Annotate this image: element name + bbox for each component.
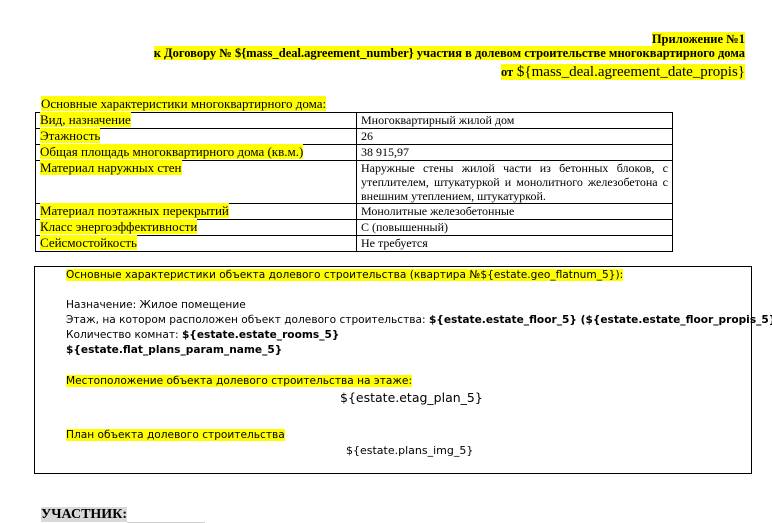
signature-line [127, 506, 205, 523]
row-value: 38 915,97 [357, 145, 673, 161]
table-row: Сейсмостойкость Не требуется [36, 236, 673, 252]
row-label-text: Материал поэтажных перекрытий [40, 203, 229, 218]
row-label-text: Материал наружных стен [40, 160, 182, 175]
row-label: Класс энергоэффективности [36, 220, 357, 236]
object-floor-value: ${estate.estate_floor_5} (${estate.estat… [429, 314, 772, 326]
contract-reference-text: к Договору № ${mass_deal.agreement_numbe… [154, 46, 745, 60]
row-label: Этажность [36, 129, 357, 145]
row-label: Общая площадь многоквартирного дома (кв.… [36, 145, 357, 161]
participant-signature: УЧАСТНИК: [41, 506, 205, 523]
table-row: Вид, назначение Многоквартирный жилой до… [36, 113, 673, 129]
date-value: ${mass_deal.agreement_date_propis} [517, 64, 745, 80]
date-prefix: от [501, 65, 513, 79]
row-label-text: Общая площадь многоквартирного дома (кв.… [40, 144, 303, 159]
object-floor: Этаж, на котором расположен объект долев… [66, 313, 772, 328]
table-row: Материал наружных стен Наружные стены жи… [36, 161, 673, 204]
object-section-title-text: Основные характеристики объекта долевого… [66, 269, 623, 281]
object-purpose: Назначение: Жилое помещение [66, 298, 246, 313]
contract-reference: к Договору № ${mass_deal.agreement_numbe… [154, 46, 745, 61]
row-label: Материал поэтажных перекрытий [36, 204, 357, 220]
row-value: 26 [357, 129, 673, 145]
object-rooms: Количество комнат: ${estate.estate_rooms… [66, 328, 339, 343]
object-plan-placeholder: ${estate.plans_img_5} [346, 443, 473, 458]
object-rooms-label: Количество комнат: [66, 329, 179, 341]
table-row: Этажность 26 [36, 129, 673, 145]
row-label-text: Сейсмостойкость [40, 235, 137, 250]
object-flat-plans-param: ${estate.flat_plans_param_name_5} [66, 343, 282, 358]
building-section-title-text: Основные характеристики многоквартирного… [41, 96, 326, 111]
row-value: Многоквартирный жилой дом [357, 113, 673, 129]
row-label: Сейсмостойкость [36, 236, 357, 252]
table-row: Общая площадь многоквартирного дома (кв.… [36, 145, 673, 161]
row-label-text: Этажность [40, 128, 100, 143]
contract-date: от ${mass_deal.agreement_date_propis} [501, 63, 745, 81]
row-value: Не требуется [357, 236, 673, 252]
table-row: Материал поэтажных перекрытий Монолитные… [36, 204, 673, 220]
row-label: Вид, назначение [36, 113, 357, 129]
object-plan-title: План объекта долевого строительства [66, 428, 285, 443]
object-floor-label: Этаж, на котором расположен объект долев… [66, 314, 426, 326]
object-location-title: Местоположение объекта долевого строител… [66, 374, 412, 389]
object-rooms-value: ${estate.estate_rooms_5} [182, 329, 339, 341]
row-value: С (повышенный) [357, 220, 673, 236]
object-location-placeholder: ${estate.etag_plan_5} [340, 390, 483, 405]
object-section-title: Основные характеристики объекта долевого… [66, 268, 623, 283]
row-label-text: Класс энергоэффективности [40, 219, 197, 234]
row-label-text: Вид, назначение [40, 112, 131, 127]
object-flat-plans-param-text: ${estate.flat_plans_param_name_5} [66, 344, 282, 356]
appendix-title: Приложение №1 [652, 32, 745, 47]
building-characteristics-table: Вид, назначение Многоквартирный жилой до… [35, 112, 673, 252]
object-location-title-text: Местоположение объекта долевого строител… [66, 375, 412, 387]
object-plan-title-text: План объекта долевого строительства [66, 429, 285, 441]
appendix-title-text: Приложение №1 [652, 32, 745, 46]
row-value: Наружные стены жилой части из бетонных б… [357, 161, 673, 204]
participant-label: УЧАСТНИК: [41, 507, 127, 522]
row-label: Материал наружных стен [36, 161, 357, 204]
building-section-title: Основные характеристики многоквартирного… [41, 96, 326, 111]
object-characteristics-box: Основные характеристики объекта долевого… [34, 266, 752, 474]
row-value: Монолитные железобетонные [357, 204, 673, 220]
table-row: Класс энергоэффективности С (повышенный) [36, 220, 673, 236]
